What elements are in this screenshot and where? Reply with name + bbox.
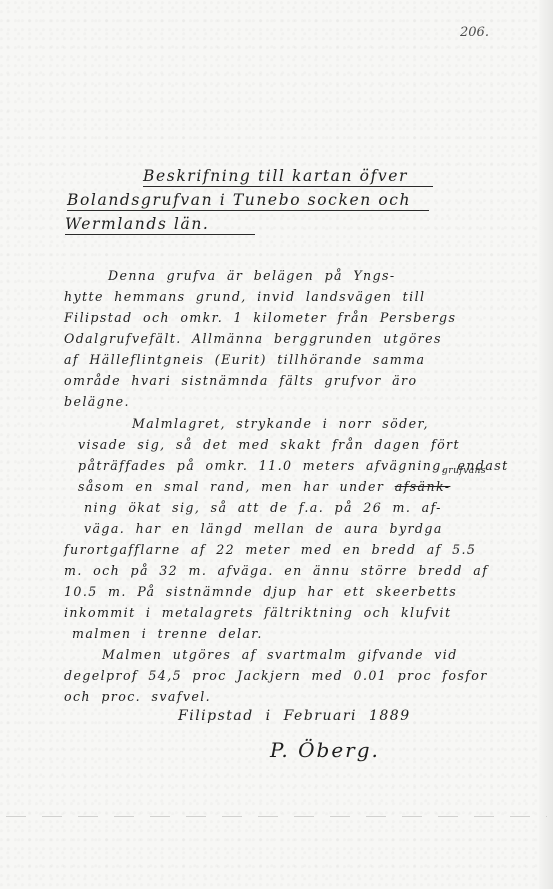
body-line-6: område hvari sistnämnda fälts grufvor är…	[64, 373, 417, 388]
body-line-3: Filipstad och omkr. 1 kilometer från Per…	[64, 310, 456, 325]
body-line-20: degelprof 54,5 proc Jackjern med 0.01 pr…	[64, 668, 488, 683]
body-line-12: ning ökat sig, så att de f.a. på 26 m. a…	[84, 500, 442, 515]
body-line-2: hytte hemmans grund, invid landsvägen ti…	[64, 289, 425, 304]
body-line-7: belägne.	[64, 394, 130, 409]
inserted-word: grufvans	[442, 466, 486, 476]
page-edge-shadow	[539, 0, 553, 889]
body-line-11-text: såsom en smal rand, men har under	[78, 479, 384, 494]
struck-word: afsänk-	[395, 479, 451, 494]
body-line-13: väga. har en längd mellan de aura byrdga	[84, 521, 443, 536]
place-and-date: Filipstad i Februari 1889	[178, 708, 411, 724]
fold-line	[6, 816, 547, 817]
body-line-11: såsom en smal rand, men har under afsänk…	[78, 479, 450, 494]
faint-stamp-marks	[100, 12, 230, 58]
signature: P. Öberg.	[270, 738, 380, 762]
title-line-3: Wermlands län.	[65, 215, 255, 235]
body-line-19: Malmen utgöres af svartmalm gifvande vid	[102, 647, 458, 662]
body-line-18: malmen i trenne delar.	[72, 626, 263, 641]
body-line-5: af Hälleflintgneis (Eurit) tillhörande s…	[64, 352, 425, 367]
body-line-9: visade sig, så det med skakt från dagen …	[78, 437, 460, 452]
title-line-2: Bolandsgrufvan i Tunebo socken och	[67, 191, 429, 211]
body-line-14: furortgafflarne af 22 meter med en bredd…	[64, 542, 476, 557]
body-line-15: m. och på 32 m. afväga. en ännu större b…	[64, 563, 488, 578]
body-line-17: inkommit i metalagrets fältriktning och …	[64, 605, 451, 620]
body-line-1: Denna grufva är belägen på Yngs-	[108, 268, 396, 283]
scanned-document-page: 206. Beskrifning till kartan öfver Bolan…	[0, 0, 553, 889]
body-line-21: och proc. svafvel.	[64, 689, 211, 704]
body-line-4: Odalgrufvefält. Allmänna berggrunden utg…	[64, 331, 442, 346]
page-number: 206.	[460, 25, 489, 40]
title-line-1: Beskrifning till kartan öfver	[143, 167, 433, 187]
body-line-8: Malmlagret, strykande i norr söder,	[132, 416, 429, 431]
body-line-16: 10.5 m. På sistnämnde djup har ett skeer…	[64, 584, 457, 599]
